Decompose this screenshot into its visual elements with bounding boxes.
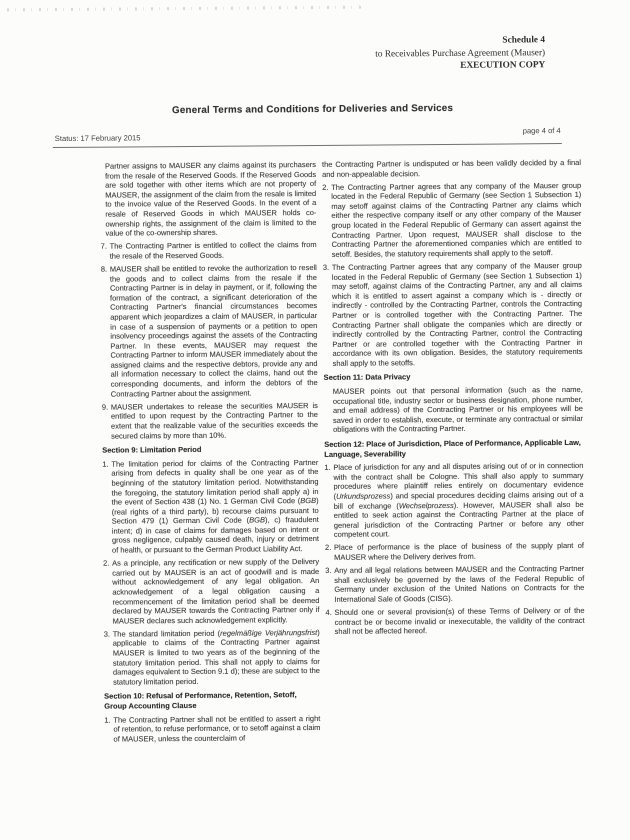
item-number: 8.	[101, 265, 110, 275]
item-number: 3.	[325, 566, 334, 576]
numbered-item: 2.As a principle, any rectification or n…	[103, 557, 320, 626]
numbered-item: 1.The Contracting Partner shall not be e…	[104, 714, 320, 744]
section-heading: Section 10: Refusal of Performance, Rete…	[104, 690, 320, 711]
paragraph: Partner assigns to MAUSER any claims aga…	[100, 160, 317, 238]
section-heading: Section 9: Limitation Period	[102, 444, 318, 455]
numbered-item: 8.MAUSER shall be entitled to revoke the…	[101, 263, 318, 399]
numbered-item: 7.The Contracting Partner is entitled to…	[101, 240, 317, 261]
scan-artifact-strip	[7, 6, 362, 12]
item-number: 1.	[102, 459, 111, 469]
paragraph: MAUSER points out that personal informat…	[324, 385, 583, 435]
scanned-document-page: Schedule 4 to Receivables Purchase Agree…	[0, 0, 630, 840]
item-number: 4.	[325, 608, 334, 618]
page-number: page 4 of 4	[523, 126, 561, 135]
section-heading: Section 11: Data Privacy	[324, 371, 583, 383]
header-rule	[53, 143, 562, 148]
numbered-item: 2.The Contracting Partner agrees that an…	[322, 181, 582, 260]
numbered-item: 3.The Contracting Partner agrees that an…	[323, 261, 583, 369]
left-column: Partner assigns to MAUSER any claims aga…	[100, 160, 321, 748]
paragraph: the Contracting Partner is undisputed or…	[322, 158, 581, 179]
right-column: the Contracting Partner is undisputed or…	[322, 158, 585, 640]
item-number: 2.	[103, 559, 112, 569]
numbered-item: 1.Place of jurisdiction for any and all …	[324, 461, 584, 540]
item-number: 7.	[101, 242, 110, 252]
item-number: 2.	[322, 183, 331, 193]
execution-copy-label: EXECUTION COPY	[375, 59, 545, 73]
status-line: Status: 17 February 2015	[55, 133, 141, 143]
numbered-item: 1.The limitation period for claims of th…	[102, 458, 319, 556]
item-number: 1.	[324, 463, 333, 473]
item-number: 3.	[323, 263, 332, 273]
numbered-item: 3.Any and all legal relations between MA…	[325, 564, 584, 604]
header-block: Schedule 4 to Receivables Purchase Agree…	[375, 34, 545, 73]
item-number: 2.	[325, 543, 334, 553]
numbered-item: 2.Place of performance is the place of b…	[325, 541, 584, 562]
item-number: 9.	[102, 402, 111, 412]
scan-content: Schedule 4 to Receivables Purchase Agree…	[0, 0, 630, 840]
document-title: General Terms and Conditions for Deliver…	[0, 102, 628, 118]
numbered-item: 3.The standard limitation period (regelm…	[104, 628, 320, 687]
item-number: 3.	[104, 629, 113, 639]
numbered-item: 9.MAUSER undertakes to release the secur…	[102, 401, 318, 441]
item-number: 1.	[104, 715, 113, 725]
schedule-label: Schedule 4	[375, 34, 545, 48]
numbered-item: 4.Should one or several provision(s) of …	[325, 606, 584, 637]
section-heading: Section 12: Place of Jurisdiction, Place…	[324, 438, 583, 459]
